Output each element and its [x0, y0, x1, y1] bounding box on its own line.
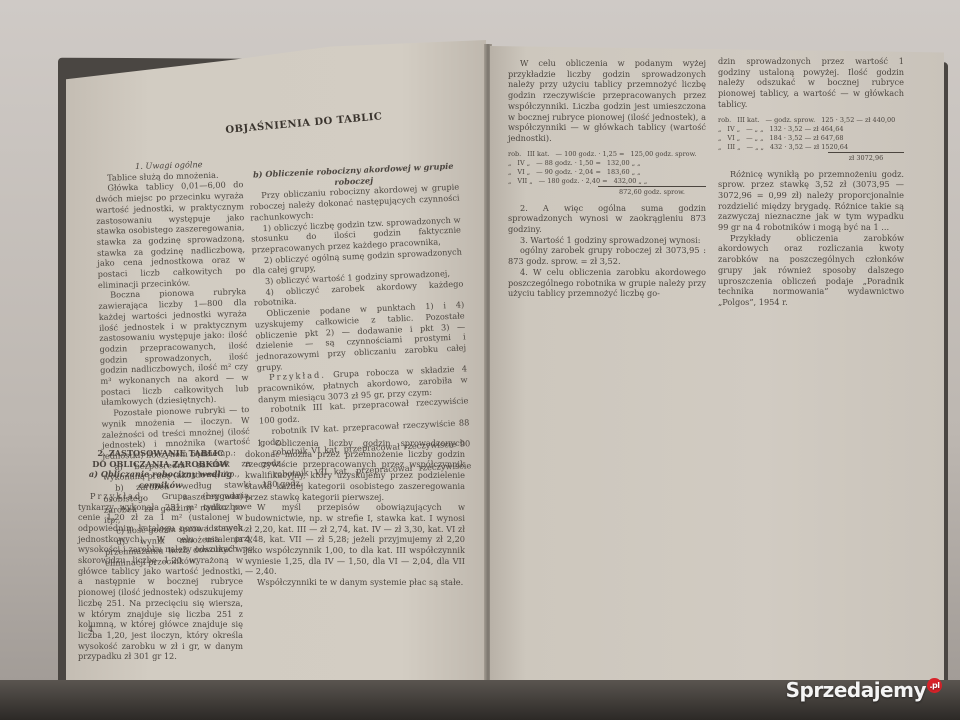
paragraph: ogólny zarobek grupy roboczej zł 3073,95… [508, 245, 706, 266]
calc-row: „III „— „ „432 · 3,52 — zł 1520,64 [718, 143, 904, 152]
watermark-badge-icon: .pl [927, 678, 942, 693]
calc-row: „VI „— „ „184 · 3,52 — zł 647,68 [718, 134, 904, 143]
subsection-a-title: a) Obliczanie robocizny według cenników [78, 469, 243, 490]
calc-prefix: rob. [718, 116, 731, 125]
page-number: 4 [88, 625, 93, 634]
calc-hours: — 100 godz. · 1,25 = [556, 150, 625, 159]
calc-unit: — „ „ [747, 143, 764, 152]
paragraph: dzin sprowadzonych przez wartość 1 godzi… [718, 56, 904, 110]
calc-category: IV „ [727, 125, 740, 134]
calc-prefix: „ [508, 168, 511, 177]
calc-hours: — 88 godz. · 1,50 = [536, 159, 601, 168]
calc-hours: — 90 godz. · 2,04 = [536, 168, 601, 177]
example-text: Grupa (brygada) tynkarzy wykonała 251 m²… [78, 491, 243, 662]
left-column-1-bottom: 2. ZASTOSOWANIE TABLIC DO OBLICZANIA ZAR… [78, 448, 243, 662]
calc-unit: — „ „ [746, 125, 763, 134]
paragraph: Różnicę wynikłą po przemnożeniu godz. sp… [718, 169, 904, 233]
calc-row: „VI „— 90 godz. · 2,04 =183,60 „ „ [508, 168, 706, 177]
left-column-2-bottom: 1. Obliczenia liczby godzin sprowadzonyc… [245, 438, 465, 588]
section-2-title-line2: DO OBLICZANIA ZAROBKÓW [78, 459, 243, 470]
paragraph: Przykłady obliczenia zarobków akordowych… [718, 233, 904, 308]
calc-category: VII „ [517, 177, 532, 186]
sprzedajemy-watermark: Sprzedajemy.pl [786, 678, 942, 702]
calc-category: III kat. [527, 150, 549, 159]
paragraph: W celu obliczenia w podanym wyżej przykł… [508, 58, 706, 144]
calc-row: „VII „— 180 godz. · 2,40 =432,00 „ „ [508, 177, 706, 186]
paragraph: Główka tablicy 0,01—6,00 do dwóch miejsc… [95, 180, 246, 291]
calc-table-hours: rob.III kat.— 100 godz. · 1,25 =125,00 g… [508, 150, 706, 197]
calc-row: „IV „— 88 godz. · 1,50 =132,00 „ „ [508, 159, 706, 168]
calc-result: 132 · 3,52 — zł 464,64 [769, 125, 843, 134]
calc-category: III kat. [737, 116, 759, 125]
calc-total: zł 3072,96 [828, 152, 904, 163]
paragraph: W myśl przepisów obowiązujących w budown… [245, 502, 465, 577]
calc-prefix: rob. [508, 150, 521, 159]
calc-prefix: „ [508, 159, 511, 168]
calc-result: 184 · 3,52 — zł 647,68 [769, 134, 843, 143]
right-column-2: dzin sprowadzonych przez wartość 1 godzi… [718, 56, 904, 308]
calc-category: VI „ [727, 134, 740, 143]
calc-category: III „ [727, 143, 740, 152]
calc-hours: — 180 godz. · 2,40 = [539, 177, 608, 186]
right-column-1: W celu obliczenia w podanym wyżej przykł… [508, 58, 706, 299]
paragraph: 3. Wartość 1 godziny sprowadzonej wynosi… [508, 235, 706, 246]
section-2-title-line1: 2. ZASTOSOWANIE TABLIC [78, 448, 243, 459]
calc-total: 872,60 godz. sprow. [598, 186, 706, 197]
paragraph: 2. A więc ogólna suma godzin sprowadzony… [508, 203, 706, 235]
paragraph: Boczna pionowa rubryka zawierająca liczb… [98, 287, 249, 409]
watermark-brand: Sprzedajemy [786, 678, 926, 702]
example-label: Przykład. [90, 491, 147, 501]
calc-unit: — „ „ [746, 134, 763, 143]
calc-prefix: „ [718, 125, 721, 134]
calc-row: rob.III kat.— godz. sprow.125 · 3,52 — z… [718, 116, 904, 125]
calc-table-earnings: rob.III kat.— godz. sprow.125 · 3,52 — z… [718, 116, 904, 163]
calc-row: „IV „— „ „132 · 3,52 — zł 464,64 [718, 125, 904, 134]
calc-unit: — godz. sprow. [766, 116, 816, 125]
calc-result: 432 · 3,52 — zł 1520,64 [770, 143, 848, 152]
paragraph: Obliczenie podane w punktach 1) i 4) uzy… [254, 300, 467, 373]
calc-prefix: „ [508, 177, 511, 186]
calc-prefix: „ [718, 134, 721, 143]
calc-row: rob.III kat.— 100 godz. · 1,25 =125,00 g… [508, 150, 706, 159]
calc-category: VI „ [517, 168, 530, 177]
calc-result: 125,00 godz. sprow. [630, 150, 696, 159]
paragraph: 4. W celu obliczenia zarobku akordowego … [508, 267, 706, 299]
example-paragraph: Przykład. Grupa (brygada) tynkarzy wykon… [78, 491, 243, 662]
calc-result: 183,60 „ „ [607, 168, 641, 177]
calc-result: 432,00 „ „ [614, 177, 648, 186]
calc-result: 132,00 „ „ [607, 159, 641, 168]
calc-prefix: „ [718, 143, 721, 152]
paragraph: Współczynniki te w danym systemie płac s… [245, 577, 465, 588]
calc-result: 125 · 3,52 — zł 440,00 [821, 116, 895, 125]
photo-scene: OBJAŚNIENIA DO TABLIC 1. Uwagi ogólne Ta… [0, 0, 960, 720]
calc-category: IV „ [517, 159, 530, 168]
paragraph: 1. Obliczenia liczby godzin sprowadzonyc… [245, 438, 465, 502]
